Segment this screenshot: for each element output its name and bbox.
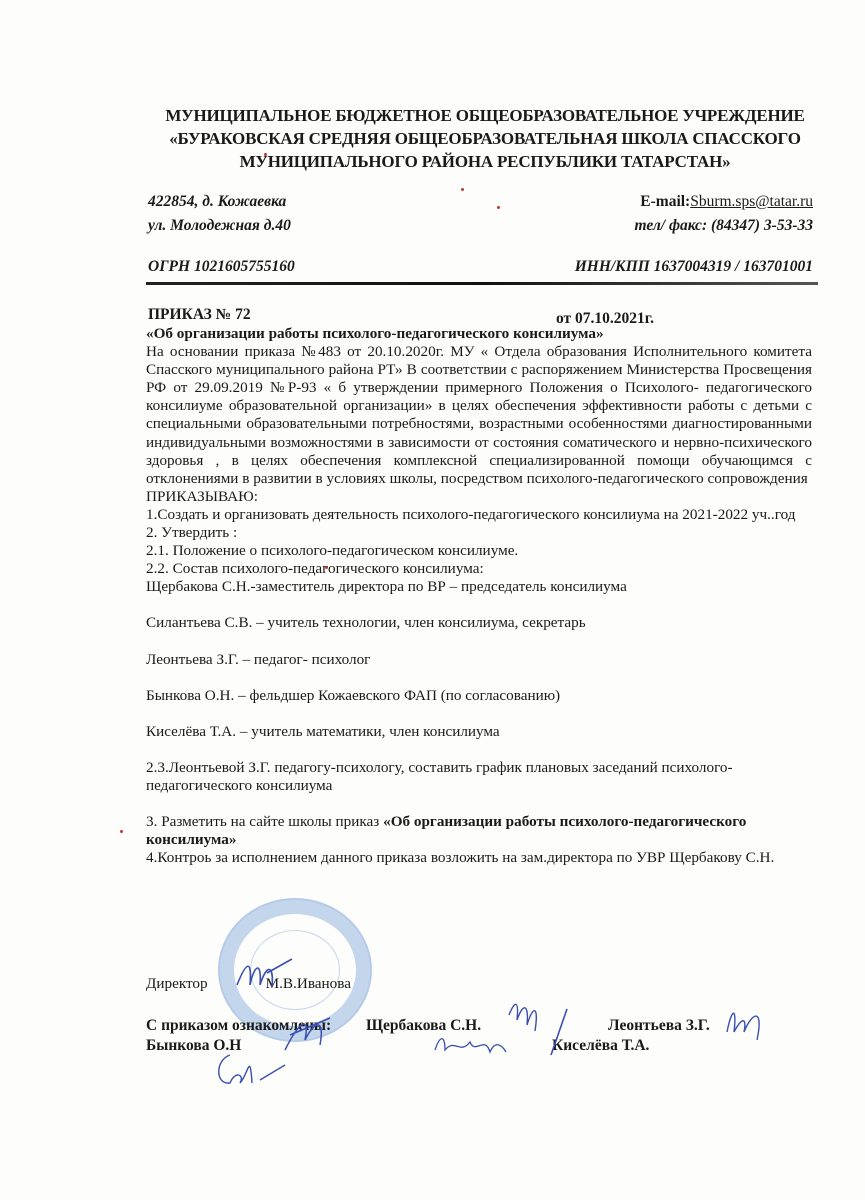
member-5: Киселёва Т.А. – учитель математики, член… (146, 723, 812, 741)
ink-mark (120, 830, 123, 833)
address-line-1: 422854, д. Кожаевка (148, 190, 291, 214)
order-item-1: 1.Создать и организовать деятельность пс… (146, 506, 812, 524)
header-line-1: МУНИЦИПАЛЬНОЕ БЮДЖЕТНОЕ ОБЩЕОБРАЗОВАТЕЛЬ… (140, 104, 830, 127)
ink-mark (497, 206, 500, 209)
email-link[interactable]: Sburm.sps@tatar.ru (690, 193, 813, 210)
ack-name-2: Леонтьева З.Г. (608, 1016, 710, 1036)
director-signature-icon (232, 955, 302, 995)
email-row: E-mail:Sburm.sps@tatar.ru (634, 190, 813, 214)
header-line-2: «БУРАКОВСКАЯ СРЕДНЯЯ ОБЩЕОБРАЗОВАТЕЛЬНАЯ… (140, 127, 830, 150)
organization-header: МУНИЦИПАЛЬНОЕ БЮДЖЕТНОЕ ОБЩЕОБРАЗОВАТЕЛЬ… (140, 104, 830, 173)
member-1: Щербакова С.Н.-заместитель директора по … (146, 578, 812, 596)
item-3-text: 3. Разметить на сайте школы приказ (146, 813, 383, 830)
order-number: ПРИКАЗ № 72 (148, 306, 251, 324)
bynkova-signature-icon (210, 1045, 290, 1090)
signature-stroke-icon (545, 1005, 575, 1060)
order-item-4: 4.Контроь за исполнением данного приказа… (146, 849, 812, 867)
document-page: МУНИЦИПАЛЬНОЕ БЮДЖЕТНОЕ ОБЩЕОБРАЗОВАТЕЛЬ… (0, 0, 865, 1200)
ink-mark (264, 153, 267, 156)
inn-kpp: ИНН/КПП 1637004319 / 163701001 (575, 258, 813, 276)
ogrn: ОГРН 1021605755160 (148, 258, 295, 276)
order-item-2-3: 2.3.Леонтьевой З.Г. педагогу-психологу, … (146, 759, 812, 795)
ink-mark (461, 188, 464, 191)
order-body: «Об организации работы психолого-педагог… (146, 325, 812, 867)
order-item-3: 3. Разметить на сайте школы приказ «Об о… (146, 813, 812, 849)
director-title: Директор (146, 975, 208, 992)
shcherbakova-signature-icon (505, 995, 545, 1035)
member-2: Силантьева С.В. – учитель технологии, чл… (146, 614, 812, 632)
phone-fax: тел/ факс: (84347) 3-53-33 (634, 214, 813, 238)
order-command: ПРИКАЗЫВАЮ: (146, 488, 812, 506)
header-line-3: МУНИЦИПАЛЬНОГО РАЙОНА РЕСПУБЛИКИ ТАТАРСТ… (140, 150, 830, 173)
postal-address: 422854, д. Кожаевка ул. Молодежная д.40 (148, 190, 291, 238)
email-label: E-mail: (640, 193, 690, 210)
leontieva-signature-icon (722, 1002, 772, 1042)
order-subject: «Об организации работы психолого-педагог… (146, 325, 812, 343)
order-item-2-1: 2.1. Положение о психолого-педагогическо… (146, 542, 812, 560)
order-preamble: На основании приказа №483 от 20.10.2020г… (146, 343, 812, 488)
contact-info: E-mail:Sburm.sps@tatar.ru тел/ факс: (84… (634, 190, 813, 238)
ink-mark (325, 566, 328, 569)
address-line-2: ул. Молодежная д.40 (148, 214, 291, 238)
member-3: Леонтьева З.Г. – педагог- психолог (146, 651, 812, 669)
order-item-2-2: 2.2. Состав психолого-педагогического ко… (146, 560, 812, 578)
kiseleva-signature-icon (430, 1030, 510, 1060)
member-4: Бынкова О.Н. – фельдшер Кожаевского ФАП … (146, 687, 812, 705)
order-item-2: 2. Утвердить : (146, 524, 812, 542)
header-divider (146, 282, 818, 285)
